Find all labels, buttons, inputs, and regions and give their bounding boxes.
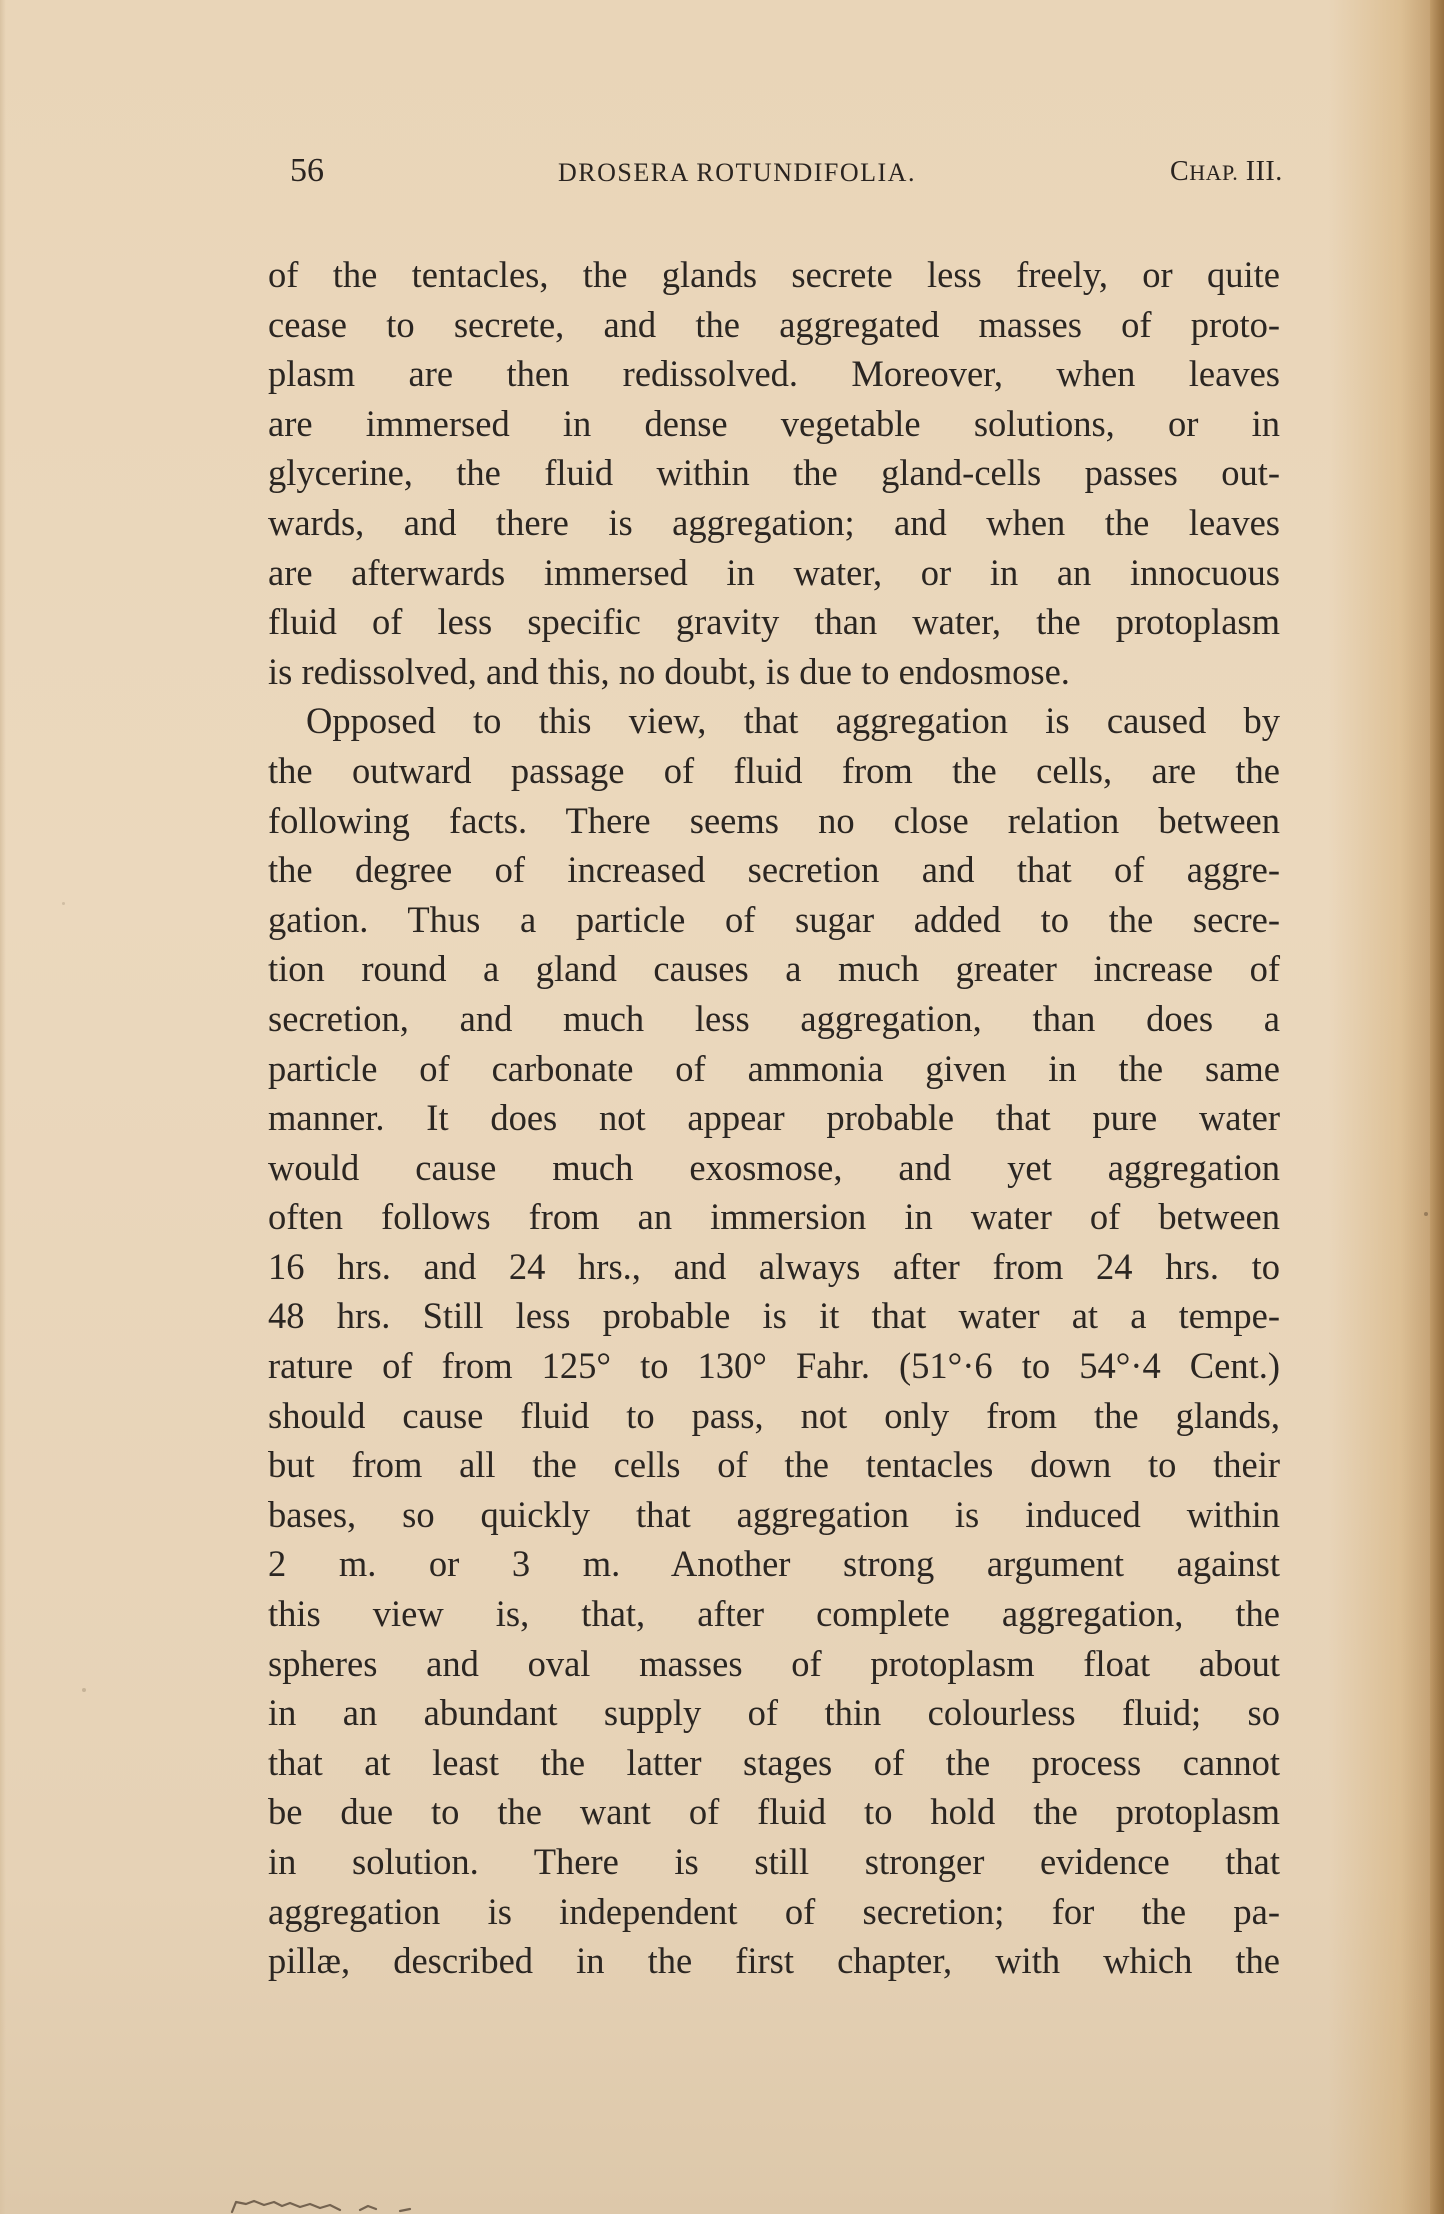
text-line: this view is, that, after complete aggre…: [268, 1589, 1280, 1639]
text-line: be due to the want of fluid to hold the …: [268, 1787, 1280, 1837]
book-page: 56 DROSERA ROTUNDIFOLIA. CHAP. III. of t…: [0, 0, 1444, 2214]
text-line: often follows from an immersion in water…: [268, 1192, 1280, 1242]
chapter-label: CHAP. III.: [1170, 156, 1283, 188]
text-line: gation. Thus a particle of sugar added t…: [268, 895, 1280, 945]
text-line: particle of carbonate of ammonia given i…: [268, 1044, 1280, 1094]
text-line: of the tentacles, the glands secrete les…: [268, 250, 1280, 300]
text-line: aggregation is independent of secretion;…: [268, 1887, 1280, 1937]
text-line: glycerine, the fluid within the gland-ce…: [268, 448, 1280, 498]
text-line: tion round a gland causes a much greater…: [268, 944, 1280, 994]
running-title: DROSERA ROTUNDIFOLIA.: [558, 158, 916, 188]
text-line: bases, so quickly that aggregation is in…: [268, 1490, 1280, 1540]
text-line-paragraph-end: is redissolved, and this, no doubt, is d…: [268, 647, 1280, 697]
text-line: in an abundant supply of thin colourless…: [268, 1688, 1280, 1738]
text-line: rature of from 125° to 130° Fahr. (51°·6…: [268, 1341, 1280, 1391]
chapter-number: III.: [1246, 156, 1283, 187]
text-line: 16 hrs. and 24 hrs., and always after fr…: [268, 1242, 1280, 1292]
text-line: should cause fluid to pass, not only fro…: [268, 1391, 1280, 1441]
chapter-smallcaps: HAP.: [1189, 160, 1238, 185]
text-line: plasm are then redissolved. Moreover, wh…: [268, 349, 1280, 399]
text-line: but from all the cells of the tentacles …: [268, 1440, 1280, 1490]
paper-speck: [82, 1688, 86, 1692]
text-line: are immersed in dense vegetable solution…: [268, 399, 1280, 449]
text-line: that at least the latter stages of the p…: [268, 1738, 1280, 1788]
text-line: would cause much exosmose, and yet aggre…: [268, 1143, 1280, 1193]
page-number: 56: [290, 152, 324, 190]
paper-speck: [62, 902, 65, 905]
body-text: of the tentacles, the glands secrete les…: [268, 250, 1280, 1986]
text-line: cease to secrete, and the aggregated mas…: [268, 300, 1280, 350]
text-line: manner. It does not appear probable that…: [268, 1093, 1280, 1143]
pencil-scribble-mark: [230, 2196, 450, 2214]
text-line: fluid of less specific gravity than wate…: [268, 597, 1280, 647]
paper-speck: [1424, 1212, 1428, 1216]
text-line: secretion, and much less aggregation, th…: [268, 994, 1280, 1044]
text-line: pillæ, described in the first chapter, w…: [268, 1936, 1280, 1986]
text-line: the outward passage of fluid from the ce…: [268, 746, 1280, 796]
chapter-prefix: C: [1170, 156, 1189, 187]
text-line: in solution. There is still stronger evi…: [268, 1837, 1280, 1887]
text-line-paragraph-start: Opposed to this view, that aggregation i…: [268, 696, 1280, 746]
text-line: following facts. There seems no close re…: [268, 796, 1280, 846]
text-line: the degree of increased secretion and th…: [268, 845, 1280, 895]
text-line: 48 hrs. Still less probable is it that w…: [268, 1291, 1280, 1341]
text-line: wards, and there is aggregation; and whe…: [268, 498, 1280, 548]
running-head: 56 DROSERA ROTUNDIFOLIA. CHAP. III.: [290, 152, 1290, 202]
text-line: 2 m. or 3 m. Another strong argument aga…: [268, 1539, 1280, 1589]
text-line: are afterwards immersed in water, or in …: [268, 548, 1280, 598]
text-line: spheres and oval masses of protoplasm fl…: [268, 1639, 1280, 1689]
